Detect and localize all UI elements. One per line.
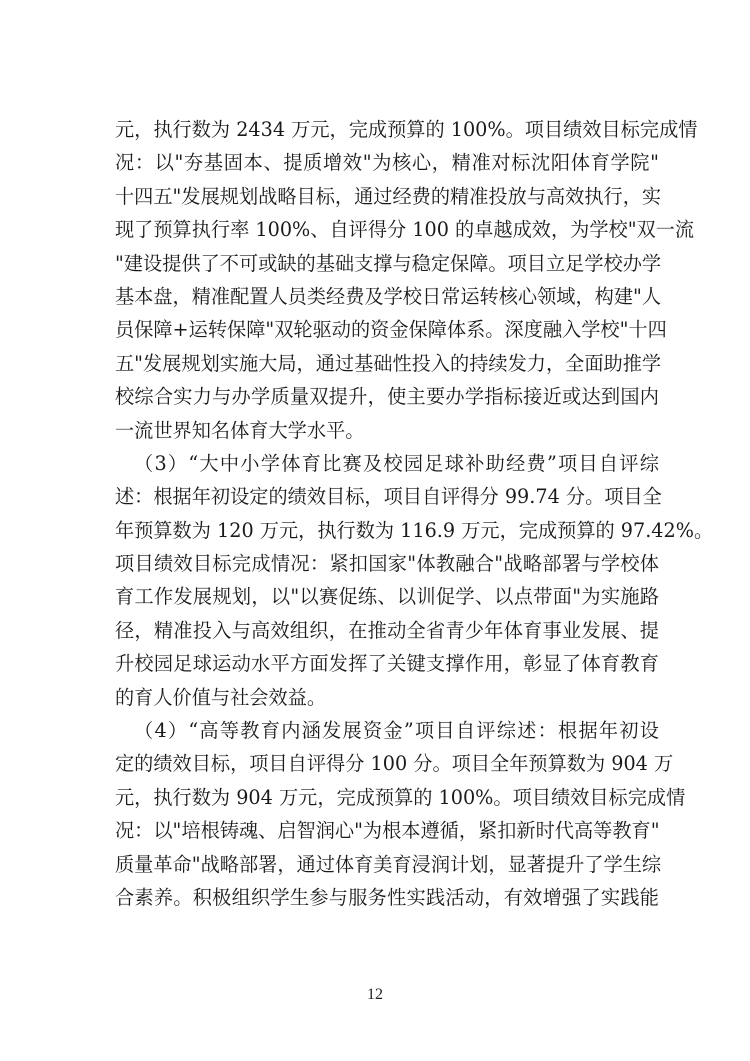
body-text: 元，执行数为 2434 万元，完成预算的 100%。项目绩效目标完成情 况：以"… [115, 113, 659, 914]
text-line: 径，精准投入与高效组织，在推动全省青少年体育事业发展、提 [115, 614, 659, 647]
text-line: 况：以"培根铸魂、启智润心"为根本遵循，紧扣新时代高等教育" [115, 814, 659, 847]
text-line: 一流世界知名体育大学水平。 [115, 414, 659, 447]
text-line: 质量革命"战略部署，通过体育美育浸润计划，显著提升了学生综 [115, 848, 659, 881]
text-line: 育工作发展规划，以"以赛促练、以训促学、以点带面"为实施路 [115, 580, 659, 613]
text-line: 年预算数为 120 万元，执行数为 116.9 万元，完成预算的 97.42%。 [115, 514, 659, 547]
text-line: "建设提供了不可或缺的基础支撑与稳定保障。项目立足学校办学 [115, 247, 659, 280]
page-number: 12 [0, 986, 750, 1004]
text-line: 升校园足球运动水平方面发挥了关键支撑作用，彰显了体育教育 [115, 647, 659, 680]
text-line: 况：以"夯基固本、提质增效"为核心，精准对标沈阳体育学院" [115, 146, 659, 179]
text-line: 元，执行数为 904 万元，完成预算的 100%。项目绩效目标完成情 [115, 781, 659, 814]
paragraph-project-2-continued: 元，执行数为 2434 万元，完成预算的 100%。项目绩效目标完成情 况：以"… [115, 113, 659, 447]
paragraph-heading-line: （4）“高等教育内涵发展资金”项目自评综述：根据年初设 [115, 714, 659, 747]
text-line: 五"发展规划实施大局，通过基础性投入的持续发力，全面助推学 [115, 347, 659, 380]
document-page: 元，执行数为 2434 万元，完成预算的 100%。项目绩效目标完成情 况：以"… [0, 0, 750, 1061]
text-line: 合素养。积极组织学生参与服务性实践活动，有效增强了实践能 [115, 881, 659, 914]
text-line: 十四五"发展规划战略目标，通过经费的精准投放与高效执行，实 [115, 180, 659, 213]
text-line: 员保障+运转保障"双轮驱动的资金保障体系。深度融入学校"十四 [115, 313, 659, 346]
text-line: 项目绩效目标完成情况：紧扣国家"体教融合"战略部署与学校体 [115, 547, 659, 580]
text-line: 校综合实力与办学质量双提升，使主要办学指标接近或达到国内 [115, 380, 659, 413]
text-line: 的育人价值与社会效益。 [115, 681, 659, 714]
text-line: 定的绩效目标，项目自评得分 100 分。项目全年预算数为 904 万 [115, 747, 659, 780]
text-line: 述：根据年初设定的绩效目标，项目自评得分 99.74 分。项目全 [115, 480, 659, 513]
paragraph-heading-line: （3）“大中小学体育比赛及校园足球补助经费”项目自评综 [115, 447, 659, 480]
text-line: 现了预算执行率 100%、自评得分 100 的卓越成效，为学校"双一流 [115, 213, 659, 246]
paragraph-project-4: （4）“高等教育内涵发展资金”项目自评综述：根据年初设 定的绩效目标，项目自评得… [115, 714, 659, 914]
text-line: 基本盘，精准配置人员类经费及学校日常运转核心领域，构建"人 [115, 280, 659, 313]
paragraph-project-3: （3）“大中小学体育比赛及校园足球补助经费”项目自评综 述：根据年初设定的绩效目… [115, 447, 659, 714]
text-line: 元，执行数为 2434 万元，完成预算的 100%。项目绩效目标完成情 [115, 113, 659, 146]
